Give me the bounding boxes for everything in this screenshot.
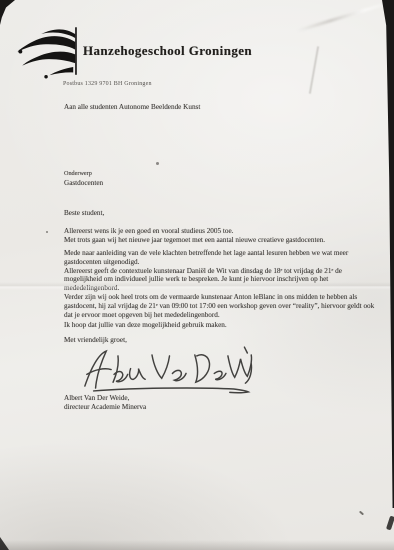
scanned-letter-page: Hanzehogeschool Groningen Postbus 1329 9…: [0, 0, 394, 550]
sender-title: directeur Academie Minerva: [64, 403, 146, 412]
paper-crease: [297, 0, 394, 32]
scan-speck: [46, 231, 48, 233]
letter-salutation: Beste student,: [64, 209, 104, 217]
sender-name: Albert Van Der Weide,: [64, 394, 146, 403]
letter-closing: Met vriendelijk groet,: [64, 336, 127, 344]
subject-value: Gastdocenten: [64, 179, 103, 187]
letter-paragraph: Ik hoop dat jullie van deze mogelijkheid…: [64, 321, 380, 330]
paper-fold-line: [0, 282, 394, 290]
letterhead-address-line: Postbus 1329 9701 BH Groningen: [63, 81, 152, 87]
paper-scratch: [309, 46, 319, 94]
recipient-line: Aan alle studenten Autonome Beeldende Ku…: [64, 103, 200, 111]
scan-speck: [156, 162, 159, 165]
subject-label: Onderwerp: [64, 170, 92, 177]
sender-block: Albert Van Der Weide, directeur Academie…: [64, 394, 146, 412]
letterhead-brand-title: Hanzehogeschool Groningen: [83, 43, 252, 59]
handwritten-signature-icon: [80, 344, 260, 398]
letter-paragraph: Allereerst wens ik je een goed en vooral…: [64, 227, 380, 245]
hanze-flame-logo-icon: [16, 25, 80, 79]
paper-edge-shadow: [0, 540, 394, 550]
scan-speck: [359, 511, 364, 516]
